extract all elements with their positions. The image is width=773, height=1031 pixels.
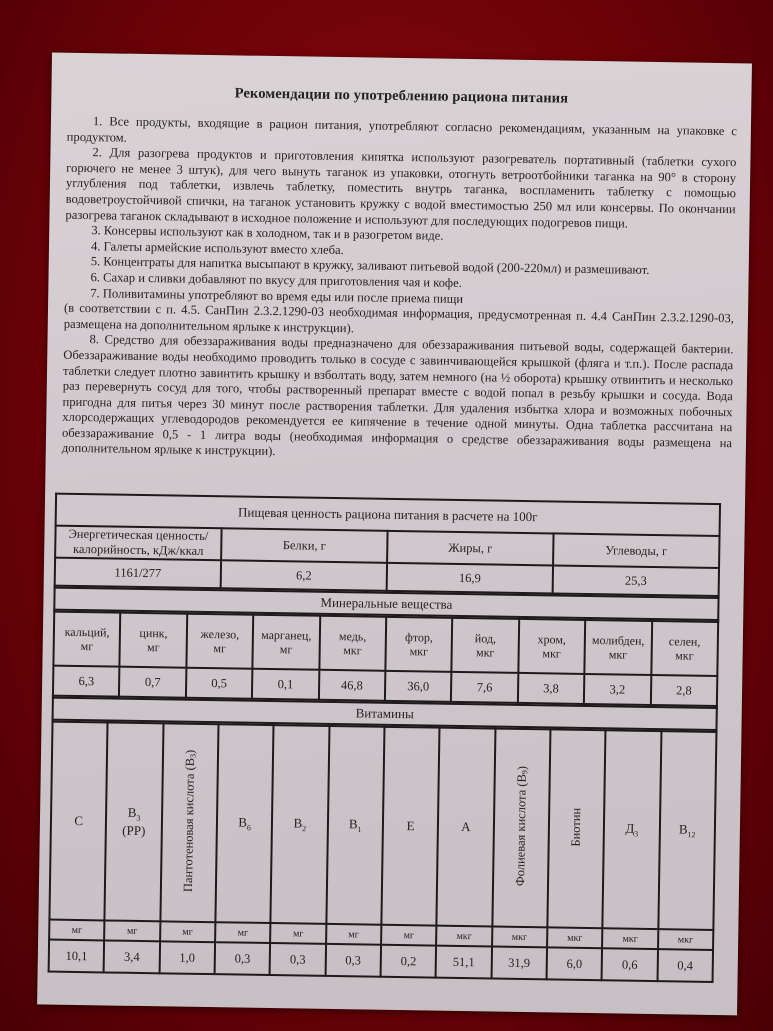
vitamin-name: B6	[238, 815, 251, 830]
vitamin-value: 0,3	[215, 942, 271, 975]
vitamin-unit: мг	[381, 925, 437, 946]
mineral-name: селен,	[652, 634, 717, 649]
vitamin-value: 0,6	[602, 948, 658, 981]
mineral-unit: мг	[187, 641, 252, 656]
nutrition-table: Пищевая ценность рациона питания в расче…	[48, 493, 721, 983]
mineral-value: 3,2	[584, 674, 651, 705]
vitamin-unit: мкг	[658, 929, 714, 950]
mineral-value: 0,5	[186, 668, 253, 699]
mineral-name: хром,	[520, 632, 585, 647]
fat-value: 16,9	[387, 563, 553, 594]
mineral-name: молибден,	[586, 633, 651, 648]
vitamin-value: 1,0	[159, 941, 215, 974]
mineral-header: хром,мкг	[518, 619, 585, 674]
mineral-name: железо,	[188, 627, 253, 642]
vitamin-unit: мг	[215, 922, 271, 943]
vitamin-name: Биотин	[569, 807, 585, 846]
vitamin-value: 51,1	[436, 946, 492, 979]
mineral-unit: мкг	[387, 644, 452, 659]
vitamin-value: 10,1	[49, 940, 105, 973]
vitamin-value: 0,3	[270, 943, 326, 976]
mineral-header: фтор,мкг	[385, 617, 452, 672]
mineral-name: фтор,	[387, 630, 452, 645]
energy-value: 1161/277	[55, 558, 221, 589]
vitamin-name: B3(PP)	[122, 805, 145, 838]
mineral-unit: мкг	[519, 646, 584, 661]
energy-label: Энергетическая ценность/ калорийность, к…	[55, 526, 221, 561]
vitamin-header: C	[49, 722, 107, 921]
vitamin-unit: мкг	[547, 927, 603, 948]
vitamin-header: A	[437, 728, 495, 927]
mineral-value: 46,8	[318, 670, 385, 701]
vitamin-name: Д3	[625, 821, 638, 836]
document-sheet: Рекомендации по употреблению рациона пит…	[37, 53, 752, 1016]
vitamin-name: Пантотеновая кислота (B3)	[181, 749, 198, 892]
vitamin-header: Пантотеновая кислота (B3)	[160, 723, 218, 922]
mineral-name: марганец,	[254, 628, 319, 643]
vitamin-unit: мг	[326, 924, 382, 945]
vitamin-unit: мг	[49, 920, 105, 941]
vitamin-header: B3(PP)	[105, 722, 163, 921]
mineral-header: медь,мкг	[319, 616, 386, 671]
vitamin-unit: мкг	[492, 927, 548, 948]
mineral-header: железо,мг	[186, 614, 253, 669]
vitamin-value: 0,4	[657, 949, 713, 982]
mineral-unit: мкг	[652, 648, 717, 663]
protein-label: Белки, г	[221, 528, 387, 563]
vitamin-name: Фолиевая кислота (B9)	[513, 766, 530, 886]
mineral-value: 2,8	[650, 675, 717, 706]
mineral-name: кальций,	[55, 625, 120, 640]
vitamin-header: E	[381, 727, 439, 926]
mineral-unit: мкг	[586, 647, 651, 662]
vitamin-name: C	[74, 813, 83, 828]
vitamin-name: E	[406, 818, 414, 833]
mineral-header: марганец,мг	[253, 615, 320, 670]
mineral-value: 0,1	[252, 669, 319, 700]
paragraph-8: 8. Средство для обеззараживания воды пре…	[62, 332, 734, 467]
vitamin-unit: мг	[104, 920, 160, 941]
mineral-header: йод,мкг	[452, 618, 519, 673]
mineral-header: кальций,мг	[53, 612, 120, 667]
vitamin-value: 0,2	[381, 945, 437, 978]
vitamin-header: B12	[658, 731, 716, 930]
instructions-text: 1. Все продукты, входящие в рацион питан…	[62, 114, 737, 468]
mineral-name: медь,	[320, 629, 385, 644]
vitamin-header: B1	[326, 726, 384, 925]
vitamin-value: 0,3	[325, 944, 381, 977]
vitamin-header: Биотин	[547, 729, 605, 928]
fat-label: Жиры, г	[387, 531, 553, 566]
mineral-unit: мг	[55, 639, 120, 654]
vitamin-name: B12	[679, 822, 696, 837]
carbs-label: Углеводы, г	[553, 533, 719, 568]
paragraph-2: 2. Для разогрева продуктов и приготовлен…	[65, 145, 736, 233]
mineral-unit: мкг	[320, 643, 385, 658]
mineral-value: 3,8	[518, 673, 585, 704]
vitamin-unit: мг	[160, 921, 216, 942]
vitamin-value: 3,4	[104, 940, 160, 973]
vitamin-name: B2	[293, 816, 306, 831]
vitamin-unit: мг	[270, 923, 326, 944]
mineral-value: 6,3	[53, 666, 120, 697]
mineral-unit: мг	[254, 642, 319, 657]
protein-value: 6,2	[221, 560, 387, 591]
vitamin-unit: мкг	[602, 928, 658, 949]
vitamin-name: A	[461, 819, 471, 834]
mineral-unit: мкг	[453, 645, 518, 660]
document-title: Рекомендации по употреблению рациона пит…	[51, 82, 751, 110]
mineral-header: молибден,мкг	[584, 620, 651, 675]
vitamin-unit: мкг	[436, 926, 492, 947]
mineral-value: 0,7	[119, 667, 186, 698]
vitamin-header: B2	[271, 725, 329, 924]
vitamin-value: 31,9	[491, 947, 547, 980]
mineral-header: цинк,мг	[120, 613, 187, 668]
mineral-name: йод,	[453, 631, 518, 646]
vitamin-name: B1	[349, 816, 362, 831]
mineral-value: 36,0	[385, 671, 452, 702]
vitamin-header: Д3	[603, 730, 661, 929]
mineral-unit: мг	[121, 640, 186, 655]
vitamin-value: 6,0	[546, 947, 602, 980]
mineral-header: селен,мкг	[651, 621, 718, 676]
mineral-name: цинк,	[121, 626, 186, 641]
mineral-value: 7,6	[451, 672, 518, 703]
vitamin-header: Фолиевая кислота (B9)	[492, 729, 550, 928]
vitamin-header: B6	[215, 724, 273, 923]
carbs-value: 25,3	[553, 565, 719, 596]
